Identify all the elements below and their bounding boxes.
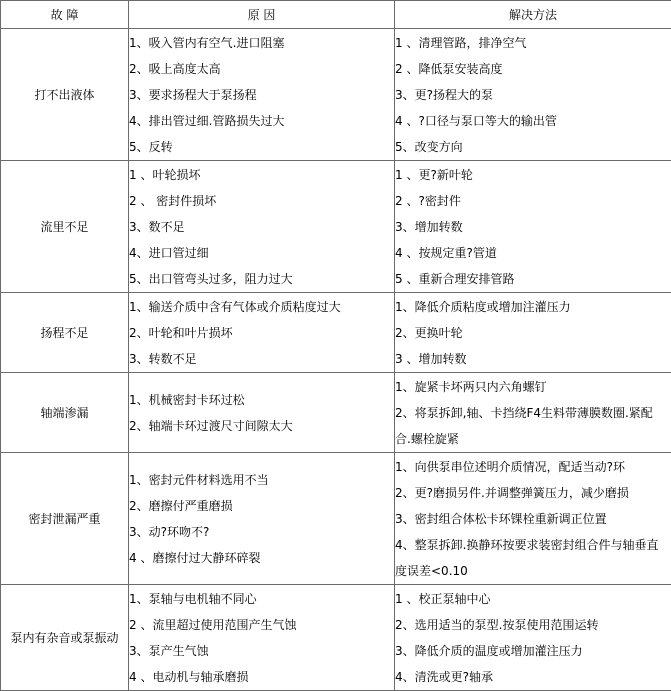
table-row: 轴端渗漏1、机械密封卡环过松2、轴端卡环过渡尺寸间隙太大1、旋紧卡坏两只内六角螺… — [1, 373, 671, 453]
cause-item: 3、动?环吻不? — [129, 519, 394, 545]
cause-item: 3、转数不足 — [129, 346, 394, 372]
solution-item: 2、更?磨损另件.并调整弹簧压力，减少磨损 — [395, 480, 671, 506]
cause-item: 1、密封元件材料选用不当 — [129, 467, 394, 493]
fault-cell: 扬程不足 — [1, 293, 129, 373]
fault-cell: 打不出液体 — [1, 29, 129, 161]
solution-cell: 1、降低介质粘度或增加注灌压力2、更换叶轮3 、增加转数 — [395, 293, 671, 373]
cause-item: 4、进口管过细 — [129, 240, 394, 266]
solution-item: 度误差<0.10 — [395, 558, 671, 584]
solution-item: 4、整泵拆卸.换静环按要求装密封组合件与轴垂直 — [395, 532, 671, 558]
cause-item: 1、机械密封卡环过松 — [129, 387, 394, 413]
solution-item: 1、向供泵串位述明介质情况，配适当动?环 — [395, 454, 671, 480]
solution-cell: 1、向供泵串位述明介质情况，配适当动?环2、更?磨损另件.并调整弹簧压力，减少磨… — [395, 453, 671, 585]
solution-item: 3、增加转数 — [395, 214, 671, 240]
table-row: 密封泄漏严重1、密封元件材料选用不当2、磨擦付严重磨损3、动?环吻不?4 、磨擦… — [1, 453, 671, 585]
cause-item: 2 、 密封件损坏 — [129, 188, 394, 214]
table-row: 打不出液体1、吸入管内有空气.进口阻塞2、吸上高度太高3、要求扬程大于泵扬程4、… — [1, 29, 671, 161]
cause-item: 5、反转 — [129, 134, 394, 160]
solution-item: 1、旋紧卡坏两只内六角螺钉 — [395, 374, 671, 400]
solution-cell: 1 、更?新叶轮2 、?密封件3、增加转数4 、按规定重?管道5 、重新合理安排… — [395, 161, 671, 293]
fault-cell: 流里不足 — [1, 161, 129, 293]
solution-item: 1 、更?新叶轮 — [395, 162, 671, 188]
solution-item: 1 、清理管路，排净空气 — [395, 30, 671, 56]
cause-item: 1、吸入管内有空气.进口阻塞 — [129, 30, 394, 56]
cause-item: 2 、流里超过使用范围产生气蚀 — [129, 612, 394, 638]
cause-cell: 1 、叶轮损坏2 、 密封件损坏3、数不足4、进口管过细5、出口管弯头过多，阻力… — [129, 161, 395, 293]
solution-item: 3、密封组合体松卡环锞栓重新调正位置 — [395, 506, 671, 532]
header-fault: 故 障 — [1, 1, 129, 29]
cause-item: 3、泵产生气蚀 — [129, 638, 394, 664]
fault-cell: 密封泄漏严重 — [1, 453, 129, 585]
cause-item: 2、叶轮和叶片损坏 — [129, 320, 394, 346]
solution-cell: 1 、清理管路，排净空气2 、降低泵安装高度3、更?扬程大的泵4 、?口径与泵口… — [395, 29, 671, 161]
cause-cell: 1、吸入管内有空气.进口阻塞2、吸上高度太高3、要求扬程大于泵扬程4、排出管过细… — [129, 29, 395, 161]
cause-item: 4、排出管过细.管路损失过大 — [129, 108, 394, 134]
solution-item: 3、更?扬程大的泵 — [395, 82, 671, 108]
cause-item: 5、出口管弯头过多，阻力过大 — [129, 266, 394, 292]
solution-item: 3 、增加转数 — [395, 346, 671, 372]
cause-item: 3、数不足 — [129, 214, 394, 240]
cause-item: 2、吸上高度太高 — [129, 56, 394, 82]
solution-item: 1、降低介质粘度或增加注灌压力 — [395, 294, 671, 320]
table-row: 扬程不足1、输送介质中含有气体或介质粘度过大2、叶轮和叶片损坏3、转数不足1、降… — [1, 293, 671, 373]
cause-item: 1 、叶轮损坏 — [129, 162, 394, 188]
cause-item: 2、轴端卡环过渡尺寸间隙太大 — [129, 413, 394, 439]
cause-cell: 1、输送介质中含有气体或介质粘度过大2、叶轮和叶片损坏3、转数不足 — [129, 293, 395, 373]
cause-item: 2、磨擦付严重磨损 — [129, 493, 394, 519]
table-row: 泵内有杂音或泵振动1、泵轴与电机轴不同心2 、流里超过使用范围产生气蚀3、泵产生… — [1, 585, 671, 691]
solution-item: 4、清洗或更?轴承 — [395, 664, 671, 690]
header-solution: 解决方法 — [395, 1, 671, 29]
solution-item: 4 、?口径与泵口等大的输出管 — [395, 108, 671, 134]
header-row: 故 障 原 因 解决方法 — [1, 1, 671, 29]
solution-item: 2 、?密封件 — [395, 188, 671, 214]
cause-item: 1、泵轴与电机轴不同心 — [129, 586, 394, 612]
solution-item: 2、选用适当的泵型.按泵使用范围运转 — [395, 612, 671, 638]
pump-fault-table: 故 障 原 因 解决方法 打不出液体1、吸入管内有空气.进口阻塞2、吸上高度太高… — [0, 0, 671, 691]
cause-item: 1、输送介质中含有气体或介质粘度过大 — [129, 294, 394, 320]
cause-item: 4 、电动机与轴承磨损 — [129, 664, 394, 690]
fault-cell: 轴端渗漏 — [1, 373, 129, 453]
solution-cell: 1 、校正泵轴中心2、选用适当的泵型.按泵使用范围运转3、降低介质的温度或增加灌… — [395, 585, 671, 691]
cause-cell: 1、泵轴与电机轴不同心2 、流里超过使用范围产生气蚀3、泵产生气蚀4 、电动机与… — [129, 585, 395, 691]
cause-item: 3、要求扬程大于泵扬程 — [129, 82, 394, 108]
fault-cell: 泵内有杂音或泵振动 — [1, 585, 129, 691]
solution-item: 2、更换叶轮 — [395, 320, 671, 346]
solution-item: 2、将泵拆卸,轴、卡挡绕F4生料带薄膜数圈.紧配 — [395, 400, 671, 426]
solution-item: 合.螺栓旋紧 — [395, 426, 671, 452]
table-row: 流里不足1 、叶轮损坏2 、 密封件损坏3、数不足4、进口管过细5、出口管弯头过… — [1, 161, 671, 293]
solution-item: 4 、按规定重?管道 — [395, 240, 671, 266]
header-cause: 原 因 — [129, 1, 395, 29]
solution-item: 2 、降低泵安装高度 — [395, 56, 671, 82]
cause-cell: 1、机械密封卡环过松2、轴端卡环过渡尺寸间隙太大 — [129, 373, 395, 453]
solution-item: 5、改变方向 — [395, 134, 671, 160]
cause-item: 4 、磨擦付过大静环碎裂 — [129, 545, 394, 571]
cause-cell: 1、密封元件材料选用不当2、磨擦付严重磨损3、动?环吻不?4 、磨擦付过大静环碎… — [129, 453, 395, 585]
solution-item: 3、降低介质的温度或增加灌注压力 — [395, 638, 671, 664]
solution-item: 5 、重新合理安排管路 — [395, 266, 671, 292]
solution-cell: 1、旋紧卡坏两只内六角螺钉2、将泵拆卸,轴、卡挡绕F4生料带薄膜数圈.紧配合.螺… — [395, 373, 671, 453]
solution-item: 1 、校正泵轴中心 — [395, 586, 671, 612]
